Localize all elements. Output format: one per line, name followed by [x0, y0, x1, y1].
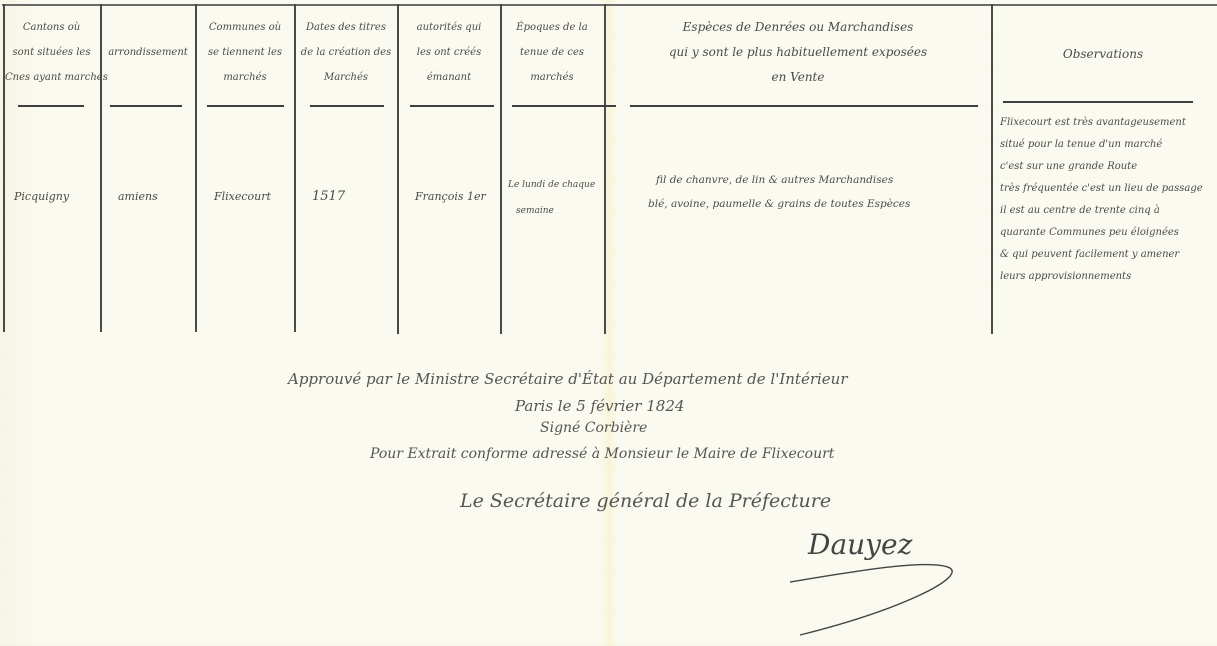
cell-arrondissement: amiens [118, 190, 158, 203]
cell-text: blé, avoine, paumelle & grains de toutes… [648, 192, 910, 216]
cell-autorite: François 1er [415, 190, 486, 203]
header-underline [630, 105, 978, 107]
cell-text: Le lundi de chaque [508, 172, 595, 198]
header-text: Époques de la [502, 15, 602, 40]
signature-flourish [780, 550, 960, 640]
header-epoques: Époques de la tenue de ces marchés [502, 15, 602, 90]
signed-line: Signé Corbière [540, 420, 647, 436]
approval-line: Approuvé par le Ministre Secrétaire d'Ét… [288, 370, 848, 388]
header-text: marchés [197, 65, 293, 90]
obs-line: situé pour la tenue d'un marché [1000, 134, 1203, 156]
header-text: émanant [399, 65, 499, 90]
obs-line: & qui peuvent facilement y amener [1000, 244, 1203, 266]
header-text: marchés [502, 65, 602, 90]
obs-line: Flixecourt est très avantageusement [1000, 112, 1203, 134]
obs-line: très fréquentée c'est un lieu de passage [1000, 178, 1203, 200]
cell-observations: Flixecourt est très avantageusement situ… [1000, 112, 1203, 288]
header-text: sont situées les [5, 40, 98, 65]
header-text: qui y sont le plus habituellement exposé… [606, 40, 990, 65]
obs-line: leurs approvisionnements [1000, 266, 1203, 288]
table-top-border [2, 4, 1217, 6]
header-text: autorités qui [399, 15, 499, 40]
extract-line: Pour Extrait conforme adressé à Monsieur… [370, 446, 834, 462]
header-text: tenue de ces [502, 40, 602, 65]
header-underline [1003, 101, 1193, 103]
header-underline [410, 105, 494, 107]
header-autorites: autorités qui les ont créés émanant [399, 15, 499, 90]
header-underline [207, 105, 284, 107]
header-text: Observations [993, 42, 1213, 67]
paper-fold [600, 0, 618, 646]
cell-canton: Picquigny [14, 190, 69, 203]
cell-date: 1517 [312, 189, 345, 204]
header-text: Marchés [296, 65, 396, 90]
header-underline [512, 105, 616, 107]
header-text: Espèces de Denrées ou Marchandises [606, 15, 990, 40]
header-text: Cantons où [5, 15, 98, 40]
header-underline [18, 105, 84, 107]
header-text: Cnes ayant marchés [5, 65, 98, 90]
cell-text: semaine [508, 198, 595, 224]
header-dates: Dates des titres de la création des Marc… [296, 15, 396, 90]
obs-line: c'est sur une grande Route [1000, 156, 1203, 178]
header-especes: Espèces de Denrées ou Marchandises qui y… [606, 15, 990, 90]
header-text: les ont créés [399, 40, 499, 65]
header-text: Communes où [197, 15, 293, 40]
header-cantons: Cantons où sont situées les Cnes ayant m… [5, 15, 98, 90]
obs-line: il est au centre de trente cinq à [1000, 200, 1203, 222]
secretary-line: Le Secrétaire général de la Préfecture [460, 490, 831, 512]
header-arrondissement: arrondissement [102, 40, 194, 65]
header-text: se tiennent les [197, 40, 293, 65]
header-underline [110, 105, 182, 107]
cell-especes: fil de chanvre, de lin & autres Marchand… [648, 168, 910, 216]
date-line: Paris le 5 février 1824 [515, 397, 684, 415]
header-text: arrondissement [102, 40, 194, 65]
header-text: Dates des titres [296, 15, 396, 40]
cell-text: fil de chanvre, de lin & autres Marchand… [648, 168, 910, 192]
header-observations: Observations [993, 42, 1213, 67]
cell-commune: Flixecourt [214, 190, 271, 203]
header-communes: Communes où se tiennent les marchés [197, 15, 293, 90]
header-text: en Vente [606, 65, 990, 90]
obs-line: quarante Communes peu éloignées [1000, 222, 1203, 244]
header-text: de la création des [296, 40, 396, 65]
cell-epoque: Le lundi de chaque semaine [508, 172, 595, 224]
header-underline [310, 105, 384, 107]
